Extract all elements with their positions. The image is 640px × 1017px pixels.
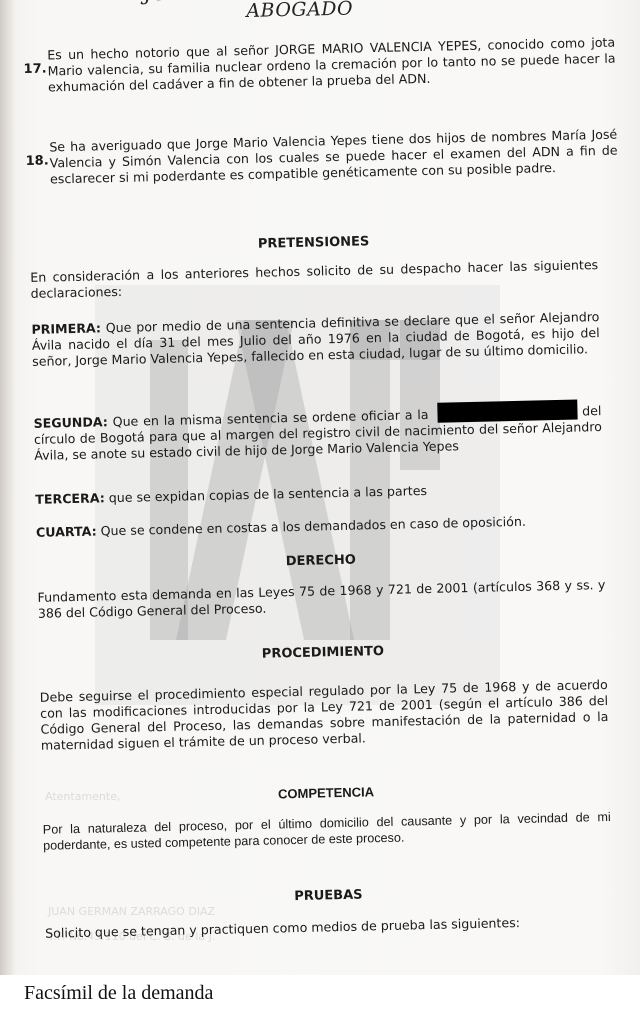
section-heading-competencia: COMPETENCIA (42, 779, 610, 808)
fact-18: 18. Se ha averiguado que Jorge Mario Val… (27, 127, 618, 188)
section-heading-pruebas: PRUEBAS (44, 882, 612, 911)
fact-number: 18. (25, 153, 48, 170)
fact-text: Se ha averiguado que Jorge Mario Valenci… (49, 127, 618, 187)
image-caption: Facsímil de la demanda (24, 982, 213, 1005)
procedimiento-text: Debe seguirse el procedimiento especial … (40, 677, 609, 754)
scanned-document-page: Atentamente, JUAN GERMAN ZARRAGO DIAZ T.… (0, 0, 640, 975)
pretension-label: TERCERA: (35, 490, 105, 507)
section-heading-pretensiones: PRETENSIONES (29, 229, 597, 258)
fact-17: 17. Es un hecho notorio que al señor JOR… (25, 35, 616, 96)
pretension-label: PRIMERA: (31, 320, 101, 337)
pretension-label: SEGUNDA: (33, 414, 108, 431)
pretensiones-intro: En consideración a los anteriores hechos… (30, 257, 599, 302)
competencia-text: Por la naturaleza del proceso, por el úl… (43, 809, 612, 854)
fact-number: 17. (23, 62, 46, 79)
pretension-label: CUARTA: (36, 523, 97, 539)
fact-text: Es un hecho notorio que al señor JORGE M… (47, 35, 616, 95)
letterhead-title: ABOGADO (246, 1, 353, 19)
